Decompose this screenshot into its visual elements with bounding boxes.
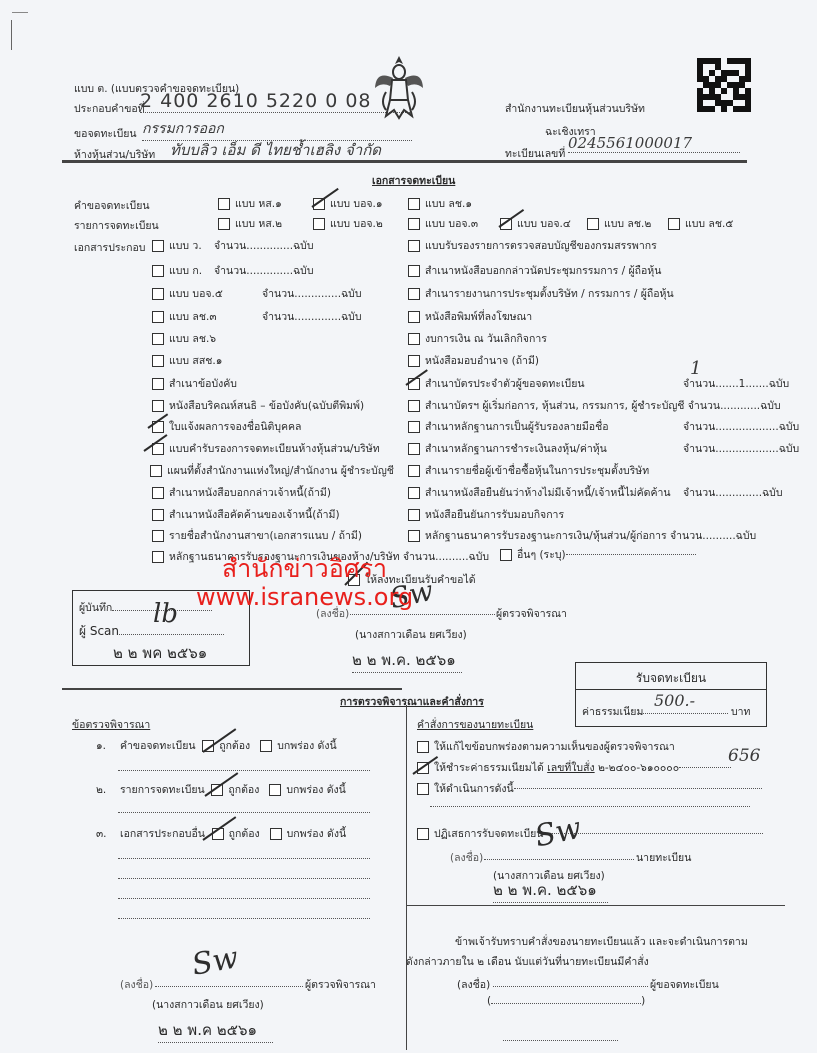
item-number: ๒.	[96, 781, 120, 798]
checkbox[interactable]	[218, 198, 230, 210]
count-field: จำนวน..............ฉบับ	[683, 484, 783, 501]
attachment-item[interactable]: แบบ ว.จำนวน..............ฉบับ	[152, 237, 202, 254]
scan-signature: lb	[153, 599, 178, 629]
attachment-label: แบบ ว.	[169, 237, 202, 254]
items-option-lc5[interactable]: แบบ ลช.๕	[668, 215, 733, 232]
note-line	[118, 770, 370, 771]
defect-label: บกพร่อง ดังนี้	[287, 825, 346, 842]
attachment-item[interactable]: แผนที่ตั้งสำนักงานแห่งใหญ่/สำนักงาน ผู้ช…	[150, 462, 394, 479]
attachment-item[interactable]: สำเนาบัตรฯ ผู้เริ่มก่อการ, หุ้นส่วน, กรร…	[408, 397, 781, 414]
review-section-title: การตรวจพิจารณาและคำสั่งการ	[340, 693, 484, 710]
attachment-item[interactable]: สำเนาข้อบังคับ	[152, 375, 237, 392]
other-option[interactable]: อื่นๆ (ระบุ)	[500, 546, 696, 563]
checkbox[interactable]	[408, 198, 420, 210]
ok-label: ถูกต้อง	[229, 825, 260, 842]
checkbox[interactable]	[152, 400, 164, 412]
left-signature: Sw	[189, 940, 241, 982]
checkbox[interactable]	[408, 465, 420, 477]
checkbox[interactable]	[152, 311, 164, 323]
registration-type-label: ขอจดทะเบียน	[74, 125, 137, 142]
applicant-name-paren: ()	[487, 995, 645, 1007]
checkbox[interactable]	[417, 741, 429, 753]
item-number: ๓.	[96, 825, 120, 842]
checkbox[interactable]	[408, 311, 420, 323]
checkbox[interactable]	[152, 355, 164, 367]
attachment-item[interactable]: แบบ ลช.๖	[152, 330, 216, 347]
items-label: รายการจดทะเบียน	[74, 217, 159, 234]
checkbox[interactable]	[587, 218, 599, 230]
note-line	[118, 878, 370, 879]
attachment-item[interactable]: ใบแจ้งผลการจองชื่อนิติบุคคล	[152, 418, 301, 435]
left-signer-role: ผู้ตรวจพิจารณา	[305, 976, 376, 993]
checkbox[interactable]	[152, 333, 164, 345]
checkbox[interactable]	[313, 218, 325, 230]
applicant-date-line	[503, 1040, 618, 1041]
ack-line1: ข้าพเจ้ารับทราบคำสั่งของนายทะเบียนแล้ว แ…	[455, 933, 748, 950]
attachment-label: แบบคำรับรองการจดทะเบียนห้างหุ้นส่วน/บริษ…	[169, 440, 380, 457]
item-label: เอกสารประกอบอื่น	[120, 825, 205, 842]
items-option-boj2[interactable]: แบบ บอจ.๒	[313, 215, 383, 232]
checkbox[interactable]	[417, 783, 429, 795]
section-divider-left	[62, 688, 402, 690]
signature-line	[350, 614, 495, 615]
signature-line	[484, 859, 634, 860]
signer-date: ๒ ๒ พ.ค. ๒๕๖๑	[352, 648, 462, 673]
note-line	[118, 812, 370, 813]
attach-label: เอกสารประกอบ	[74, 239, 145, 256]
checkbox[interactable]	[408, 530, 420, 542]
attachment-label: สำเนารายชื่อผู้เข้าชื่อซื้อหุ้นในการประช…	[425, 462, 649, 479]
item-label: คำขอจดทะเบียน	[120, 737, 196, 754]
receipt-title: รับจดทะเบียน	[576, 669, 766, 688]
attachment-item[interactable]: แบบรับรองรายการตรวจสอบบัญชีของกรมสรรพากร	[408, 237, 657, 254]
request-label: คำขอจดทะเบียน	[74, 197, 150, 214]
review-item: ๑.คำขอจดทะเบียน ถูกต้อง บกพร่อง ดังนี้	[96, 737, 337, 754]
documents-section-title: เอกสารจดทะเบียน	[372, 172, 455, 189]
attachment-label: สำเนาหนังสือคัดค้านของเจ้าหนี้(ถ้ามี)	[169, 506, 340, 523]
attachment-item[interactable]: สำเนาหนังสือยืนยันว่าห้างไม่มีเจ้าหนี้/เ…	[408, 484, 671, 501]
attachment-item[interactable]: แบบ ก.จำนวน..............ฉบับ	[152, 262, 202, 279]
applicant-prefix: (ลงชื่อ)	[457, 976, 490, 993]
note-line	[118, 858, 370, 859]
office-name: สำนักงานทะเบียนหุ้นส่วนบริษัท	[505, 100, 645, 117]
count-field: จำนวน...................ฉบับ	[683, 440, 799, 457]
items-option-hs2[interactable]: แบบ หส.๒	[218, 215, 282, 232]
checkbox[interactable]	[152, 551, 164, 563]
checkbox[interactable]	[408, 265, 420, 277]
attachment-label: แผนที่ตั้งสำนักงานแห่งใหญ่/สำนักงาน ผู้ช…	[167, 462, 394, 479]
checkbox[interactable]	[152, 265, 164, 277]
attachment-item[interactable]: หนังสือพิมพ์ที่ลงโฆษณา	[408, 308, 532, 325]
checkbox[interactable]	[260, 740, 272, 752]
count-field: จำนวน..............ฉบับ	[262, 308, 362, 325]
order-fix-defects[interactable]: ให้แก้ไขข้อบกพร่องตามความเห็นของผู้ตรวจพ…	[417, 738, 675, 755]
checkbox[interactable]	[417, 828, 429, 840]
applicant-signature-line	[493, 986, 648, 987]
order-reject[interactable]: ปฏิเสธการรับจดทะเบียน	[417, 825, 763, 842]
garuda-emblem-icon	[372, 52, 426, 122]
application-label: ประกอบคำขอที่	[74, 100, 145, 117]
checkbox[interactable]	[150, 465, 162, 477]
count-field: จำนวน..............ฉบับ	[214, 262, 314, 279]
checkbox[interactable]	[408, 333, 420, 345]
attachment-item[interactable]: สำเนาหลักฐานการเป็นผู้รับรองลายมือชื่อจำ…	[408, 418, 609, 435]
note-line	[118, 898, 370, 899]
note-line	[118, 918, 370, 919]
items-option-lc2[interactable]: แบบ ลช.๒	[587, 215, 651, 232]
checkbox[interactable]	[152, 530, 164, 542]
attachment-item[interactable]: รายชื่อสำนักงานสาขา(เอกสารแนบ / ถ้ามี)	[152, 527, 362, 544]
attachment-label: สำเนาหนังสือบอกกล่าวนัดประชุมกรรมการ / ผ…	[425, 262, 661, 279]
attachment-label: แบบ ลช.๓	[169, 308, 217, 325]
item-label: รายการจดทะเบียน	[120, 781, 205, 798]
left-signer-name: (นางสกาวเดือน ยศเวียง)	[152, 996, 264, 1013]
note-line	[430, 806, 750, 807]
attachment-label: รายชื่อสำนักงานสาขา(เอกสารแนบ / ถ้ามี)	[169, 527, 362, 544]
signer-name: (นางสกาวเดือน ยศเวียง)	[355, 626, 467, 643]
checkbox[interactable]	[408, 400, 420, 412]
registrar-prefix: (ลงชื่อ)	[450, 849, 483, 866]
registrar-signature: Sw	[532, 811, 585, 855]
count-field: จำนวน...................ฉบับ	[683, 418, 799, 435]
items-option-boj3[interactable]: แบบ บอจ.๓	[408, 215, 478, 232]
ok-label: ถูกต้อง	[219, 737, 250, 754]
review-right-title: คำสั่งการของนายทะเบียน	[417, 716, 533, 733]
checkbox[interactable]	[408, 355, 420, 367]
checkbox[interactable]	[218, 218, 230, 230]
attachment-label: แบบ บอจ.๕	[169, 285, 223, 302]
attachment-item[interactable]: หลักฐานธนาคารรับรองฐานะการเงิน/หุ้นส่วน/…	[408, 527, 756, 544]
attachment-label: สำเนาหนังสือยืนยันว่าห้างไม่มีเจ้าหนี้/เ…	[425, 484, 671, 501]
checkbox[interactable]	[408, 288, 420, 300]
left-signer-date: ๒ ๒ พ.ค ๒๕๖๑	[158, 1018, 273, 1043]
attachment-label: งบการเงิน ณ วันเลิกกิจการ	[425, 330, 547, 347]
header-divider	[62, 160, 747, 163]
watermark-line2: www.isranews.org	[196, 583, 413, 611]
attachment-item[interactable]: หนังสือบริคณห์สนธิ – ข้อบังคับ(ฉบับตีพิม…	[152, 397, 364, 414]
attachment-item[interactable]: หนังสือมอบอำนาจ (ถ้ามี)	[408, 352, 539, 369]
attachment-item[interactable]: สำเนาบัตรประจำตัวผู้ขอจดทะเบียนจำนวน....…	[408, 375, 585, 392]
attachment-label: แบบรับรองรายการตรวจสอบบัญชีของกรมสรรพากร	[425, 237, 657, 254]
checkbox[interactable]	[152, 487, 164, 499]
order-pay-fee[interactable]: ให้ชำระค่าธรรมเนียมได้ เลขที่ใบสั่ง ๒-๒๔…	[417, 759, 731, 776]
checkbox[interactable]	[270, 828, 282, 840]
attachment-label: หนังสือมอบอำนาจ (ถ้ามี)	[425, 352, 539, 369]
recorder-label: ผู้บันทึก	[79, 599, 212, 616]
left-signer-prefix: (ลงชื่อ)	[120, 976, 153, 993]
application-number: 2 400 2610 5220 0 08	[140, 90, 410, 113]
scan-mark	[12, 12, 28, 13]
ack-line2: ดังกล่าวภายใน ๒ เดือน นับแต่วันที่นายทะเ…	[406, 953, 649, 970]
checkbox[interactable]	[152, 378, 164, 390]
fee-line	[640, 713, 728, 714]
scan-label: ผู้ Scan	[79, 622, 224, 641]
attachment-label: หนังสือบริคณห์สนธิ – ข้อบังคับ(ฉบับตีพิม…	[169, 397, 364, 414]
handwritten-count: 1	[690, 358, 701, 379]
request-option-hs1[interactable]: แบบ หส.๑	[218, 195, 282, 212]
attachment-label: หนังสือพิมพ์ที่ลงโฆษณา	[425, 308, 532, 325]
attachment-item[interactable]: แบบ บอจ.๕จำนวน..............ฉบับ	[152, 285, 223, 302]
checkbox[interactable]	[500, 549, 512, 561]
attachment-label: หลักฐานธนาคารรับรองฐานะการเงิน/หุ้นส่วน/…	[425, 527, 756, 544]
attachment-label: แบบ ลช.๖	[169, 330, 216, 347]
handwritten-receipt-suffix: 656	[728, 746, 760, 766]
applicant-role: ผู้ขอจดทะเบียน	[650, 976, 719, 993]
attachment-item[interactable]: แบบ ลช.๓จำนวน..............ฉบับ	[152, 308, 217, 325]
checkbox[interactable]	[408, 240, 420, 252]
fee-value: 500.-	[654, 691, 695, 710]
defect-label: บกพร่อง ดังนี้	[277, 737, 336, 754]
checkbox[interactable]	[668, 218, 680, 230]
attachment-item[interactable]: งบการเงิน ณ วันเลิกกิจการ	[408, 330, 547, 347]
attachment-label: สำเนารายงานการประชุมตั้งบริษัท / กรรมการ…	[425, 285, 674, 302]
attachment-label: แบบ ก.	[169, 262, 202, 279]
order-proceed[interactable]: ให้ดำเนินการดังนี้	[417, 780, 762, 797]
attachment-label: สำเนาหนังสือบอกกล่าวเจ้าหนี้(ถ้ามี)	[169, 484, 331, 501]
review-divider	[406, 705, 407, 1050]
attachment-item[interactable]: สำเนารายชื่อผู้เข้าชื่อซื้อหุ้นในการประช…	[408, 462, 649, 479]
attachment-item[interactable]: สำเนาหลักฐานการชำระเงินลงหุ้น/ค่าหุ้นจำน…	[408, 440, 607, 457]
checkbox[interactable]	[152, 288, 164, 300]
attachment-item[interactable]: สำเนารายงานการประชุมตั้งบริษัท / กรรมการ…	[408, 285, 674, 302]
attachment-label: สำเนาบัตรประจำตัวผู้ขอจดทะเบียน	[425, 375, 585, 392]
attachment-label: สำเนาหลักฐานการเป็นผู้รับรองลายมือชื่อ	[425, 418, 609, 435]
count-field: จำนวน..............ฉบับ	[214, 237, 314, 254]
attachment-item[interactable]: สำเนาหนังสือคัดค้านของเจ้าหนี้(ถ้ามี)	[152, 506, 340, 523]
registrar-role: นายทะเบียน	[636, 849, 691, 866]
ack-divider	[407, 905, 785, 906]
receipt-divider	[576, 689, 766, 690]
review-left-title: ข้อตรวจพิจารณา	[72, 716, 150, 733]
defect-label: บกพร่อง ดังนี้	[286, 781, 345, 798]
attachment-item[interactable]: หนังสือยืนยันการรับมอบกิจการ	[408, 506, 564, 523]
recorder-date: ๒ ๒ พค ๒๕๖๑	[113, 641, 207, 665]
request-option-lc1[interactable]: แบบ ลช.๑	[408, 195, 472, 212]
attachment-label: แบบ สสช.๑	[169, 352, 222, 369]
attachment-label: สำเนาหลักฐานการชำระเงินลงหุ้น/ค่าหุ้น	[425, 440, 607, 457]
checkbox[interactable]	[408, 218, 420, 230]
attachment-item[interactable]: สำเนาหนังสือบอกกล่าวนัดประชุมกรรมการ / ผ…	[408, 262, 661, 279]
ok-label: ถูกต้อง	[228, 781, 259, 798]
item-number: ๑.	[96, 737, 120, 754]
registrar-date: ๒ ๒ พ.ค. ๒๕๖๑	[493, 878, 608, 903]
attachment-item[interactable]: แบบคำรับรองการจดทะเบียนห้างหุ้นส่วน/บริษ…	[152, 440, 380, 457]
attachment-label: สำเนาข้อบังคับ	[169, 375, 237, 392]
checkbox[interactable]	[408, 509, 420, 521]
count-field: จำนวน..............ฉบับ	[262, 285, 362, 302]
fee-unit: บาท	[731, 703, 750, 720]
scan-edge	[11, 20, 12, 50]
attachment-label: หนังสือยืนยันการรับมอบกิจการ	[425, 506, 564, 523]
receipt-box: รับจดทะเบียน ค่าธรรมเนียม 500.- บาท	[575, 662, 767, 727]
fee-label: ค่าธรรมเนียม	[582, 703, 643, 720]
signature-line	[155, 986, 303, 987]
checkbox[interactable]	[269, 784, 281, 796]
checkbox[interactable]	[408, 487, 420, 499]
attachment-item[interactable]: สำเนาหนังสือบอกกล่าวเจ้าหนี้(ถ้ามี)	[152, 484, 331, 501]
qr-code-icon	[697, 58, 751, 112]
checkbox[interactable]	[408, 421, 420, 433]
reg-number-value: 0245561000017	[568, 134, 740, 153]
attachment-label: สำเนาบัตรฯ ผู้เริ่มก่อการ, หุ้นส่วน, กรร…	[425, 397, 781, 414]
checkbox[interactable]	[152, 509, 164, 521]
checkbox[interactable]	[408, 443, 420, 455]
attachment-item[interactable]: แบบ สสช.๑	[152, 352, 222, 369]
attachment-label: ใบแจ้งผลการจองชื่อนิติบุคคล	[169, 418, 301, 435]
signer-role: ผู้ตรวจพิจารณา	[496, 605, 567, 622]
checkbox[interactable]	[152, 240, 164, 252]
